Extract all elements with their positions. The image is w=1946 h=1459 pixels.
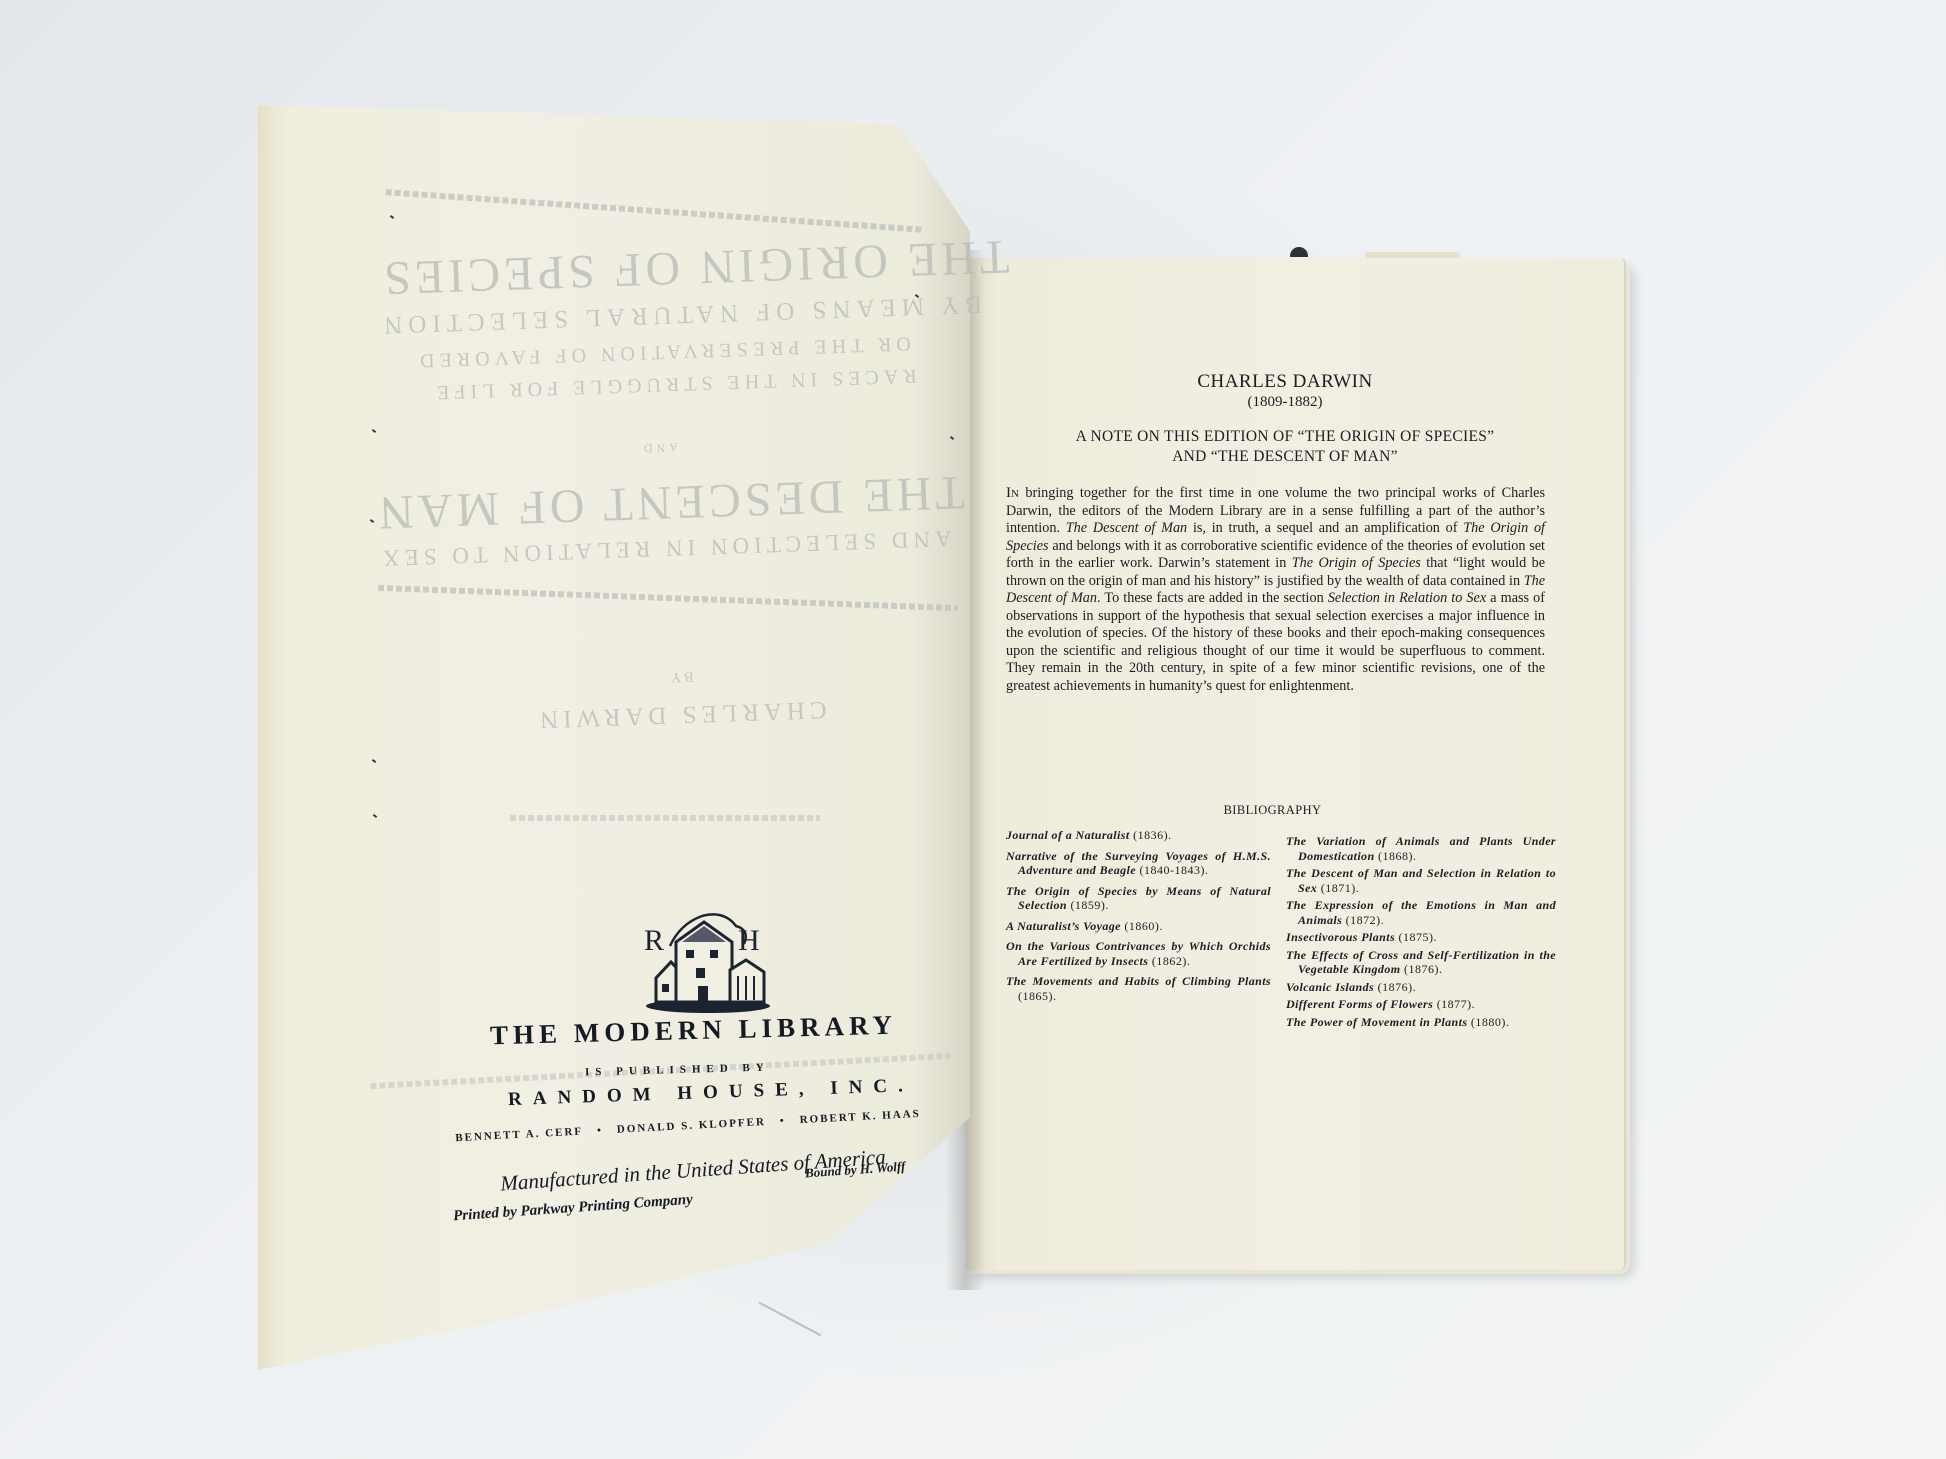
- bibliography-title: The Expression of the Emotions in Man an…: [1286, 898, 1556, 927]
- bibliography-entry: The Power of Movement in Plants (1880).: [1286, 1015, 1556, 1030]
- bibliography-entry: Narrative of the Surveying Voyages of H.…: [1006, 849, 1271, 878]
- bibliography-title: Volcanic Islands: [1286, 980, 1374, 994]
- bibliography-entry: Journal of a Naturalist (1836).: [1006, 828, 1271, 843]
- author-name: CHARLES DARWIN: [1005, 371, 1565, 393]
- bibliography-year: (1880).: [1467, 1015, 1509, 1029]
- bibliography-entry: A Naturalist’s Voyage (1860).: [1006, 919, 1271, 934]
- note-heading: A NOTE ON THIS EDITION OF “THE ORIGIN OF…: [1005, 427, 1565, 467]
- bibliography-title: Insectivorous Plants: [1286, 930, 1395, 944]
- bibliography-title: The Movements and Habits of Climbing Pla…: [1006, 974, 1271, 988]
- bibliography-title: The Variation of Animals and Plants Unde…: [1286, 834, 1556, 863]
- bibliography-title: Journal of a Naturalist: [1006, 828, 1130, 842]
- note-heading-line1: A NOTE ON THIS EDITION OF “THE ORIGIN OF…: [1005, 427, 1565, 447]
- bibliography-year: (1876).: [1374, 980, 1416, 994]
- bibliography-year: (1872).: [1342, 913, 1384, 927]
- bibliography-entry: Different Forms of Flowers (1877).: [1286, 997, 1556, 1012]
- bibliography-title: The Origin of Species by Means of Natura…: [1006, 884, 1271, 913]
- bibliography-year: (1836).: [1130, 828, 1172, 842]
- random-house-logo: R H: [626, 906, 786, 1016]
- bibliography-title: On the Various Contrivances by Which Orc…: [1006, 939, 1271, 968]
- bullet-separator: •: [597, 1124, 603, 1136]
- note-heading-line2: AND “THE DESCENT OF MAN”: [1005, 447, 1565, 467]
- bibliography-entry: The Movements and Habits of Climbing Pla…: [1006, 974, 1271, 1003]
- bibliography-year: (1876).: [1400, 962, 1442, 976]
- bibliography-year: (1860).: [1121, 919, 1163, 933]
- bibliography-entry: Insectivorous Plants (1875).: [1286, 930, 1556, 945]
- bibliography-year: (1871).: [1317, 881, 1359, 895]
- logo-letter-h: H: [738, 924, 760, 958]
- body-text-segment: is, in truth, a sequel and an amplificat…: [1187, 520, 1463, 536]
- bibliography-title: A Naturalist’s Voyage: [1006, 919, 1121, 933]
- italic-title: The Descent of Man: [1066, 520, 1187, 536]
- bibliography-year: (1877).: [1433, 997, 1475, 1011]
- bibliography-entry: The Variation of Animals and Plants Unde…: [1286, 834, 1556, 863]
- ghost-and: AND: [640, 439, 679, 455]
- bibliography-year: (1875).: [1395, 930, 1437, 944]
- italic-title: The Origin of Species: [1292, 555, 1421, 571]
- bibliography-year: (1865).: [1018, 989, 1057, 1003]
- bibliography-entry: On the Various Contrivances by Which Orc…: [1006, 939, 1271, 968]
- author-years: (1809-1882): [1005, 394, 1565, 411]
- logo-letter-r: R: [644, 924, 664, 958]
- note-body: In bringing together for the first time …: [1006, 485, 1545, 695]
- bibliography-year: (1859).: [1067, 898, 1109, 912]
- bibliography-heading: BIBLIOGRAPHY: [1005, 803, 1540, 818]
- ghost-by: BY: [668, 668, 694, 685]
- house-icon: [626, 906, 786, 1016]
- bibliography-entry: The Descent of Man and Selection in Rela…: [1286, 866, 1556, 895]
- bibliography-entry: The Effects of Cross and Self-Fertilizat…: [1286, 948, 1556, 977]
- italic-title: Selection in Relation to Sex: [1328, 590, 1486, 606]
- bibliography-title: The Power of Movement in Plants: [1286, 1015, 1467, 1029]
- ghost-rule-bottom: [510, 815, 820, 821]
- bibliography-title: Different Forms of Flowers: [1286, 997, 1433, 1011]
- bibliography-entry: Volcanic Islands (1876).: [1286, 980, 1556, 995]
- bibliography-entry: The Expression of the Emotions in Man an…: [1286, 898, 1556, 927]
- bullet-separator: •: [780, 1115, 786, 1127]
- body-text-segment: . To these facts are added in the sectio…: [1097, 590, 1328, 606]
- body-text-segment: In: [1006, 485, 1019, 501]
- bibliography-right-column: The Variation of Animals and Plants Unde…: [1286, 834, 1556, 1032]
- bibliography-entry: The Origin of Species by Means of Natura…: [1006, 884, 1271, 913]
- bibliography-year: (1868).: [1375, 849, 1417, 863]
- bibliography-left-column: Journal of a Naturalist (1836).Narrative…: [1006, 828, 1271, 1009]
- bibliography-year: (1840-1843).: [1136, 863, 1209, 877]
- bibliography-year: (1862).: [1148, 954, 1190, 968]
